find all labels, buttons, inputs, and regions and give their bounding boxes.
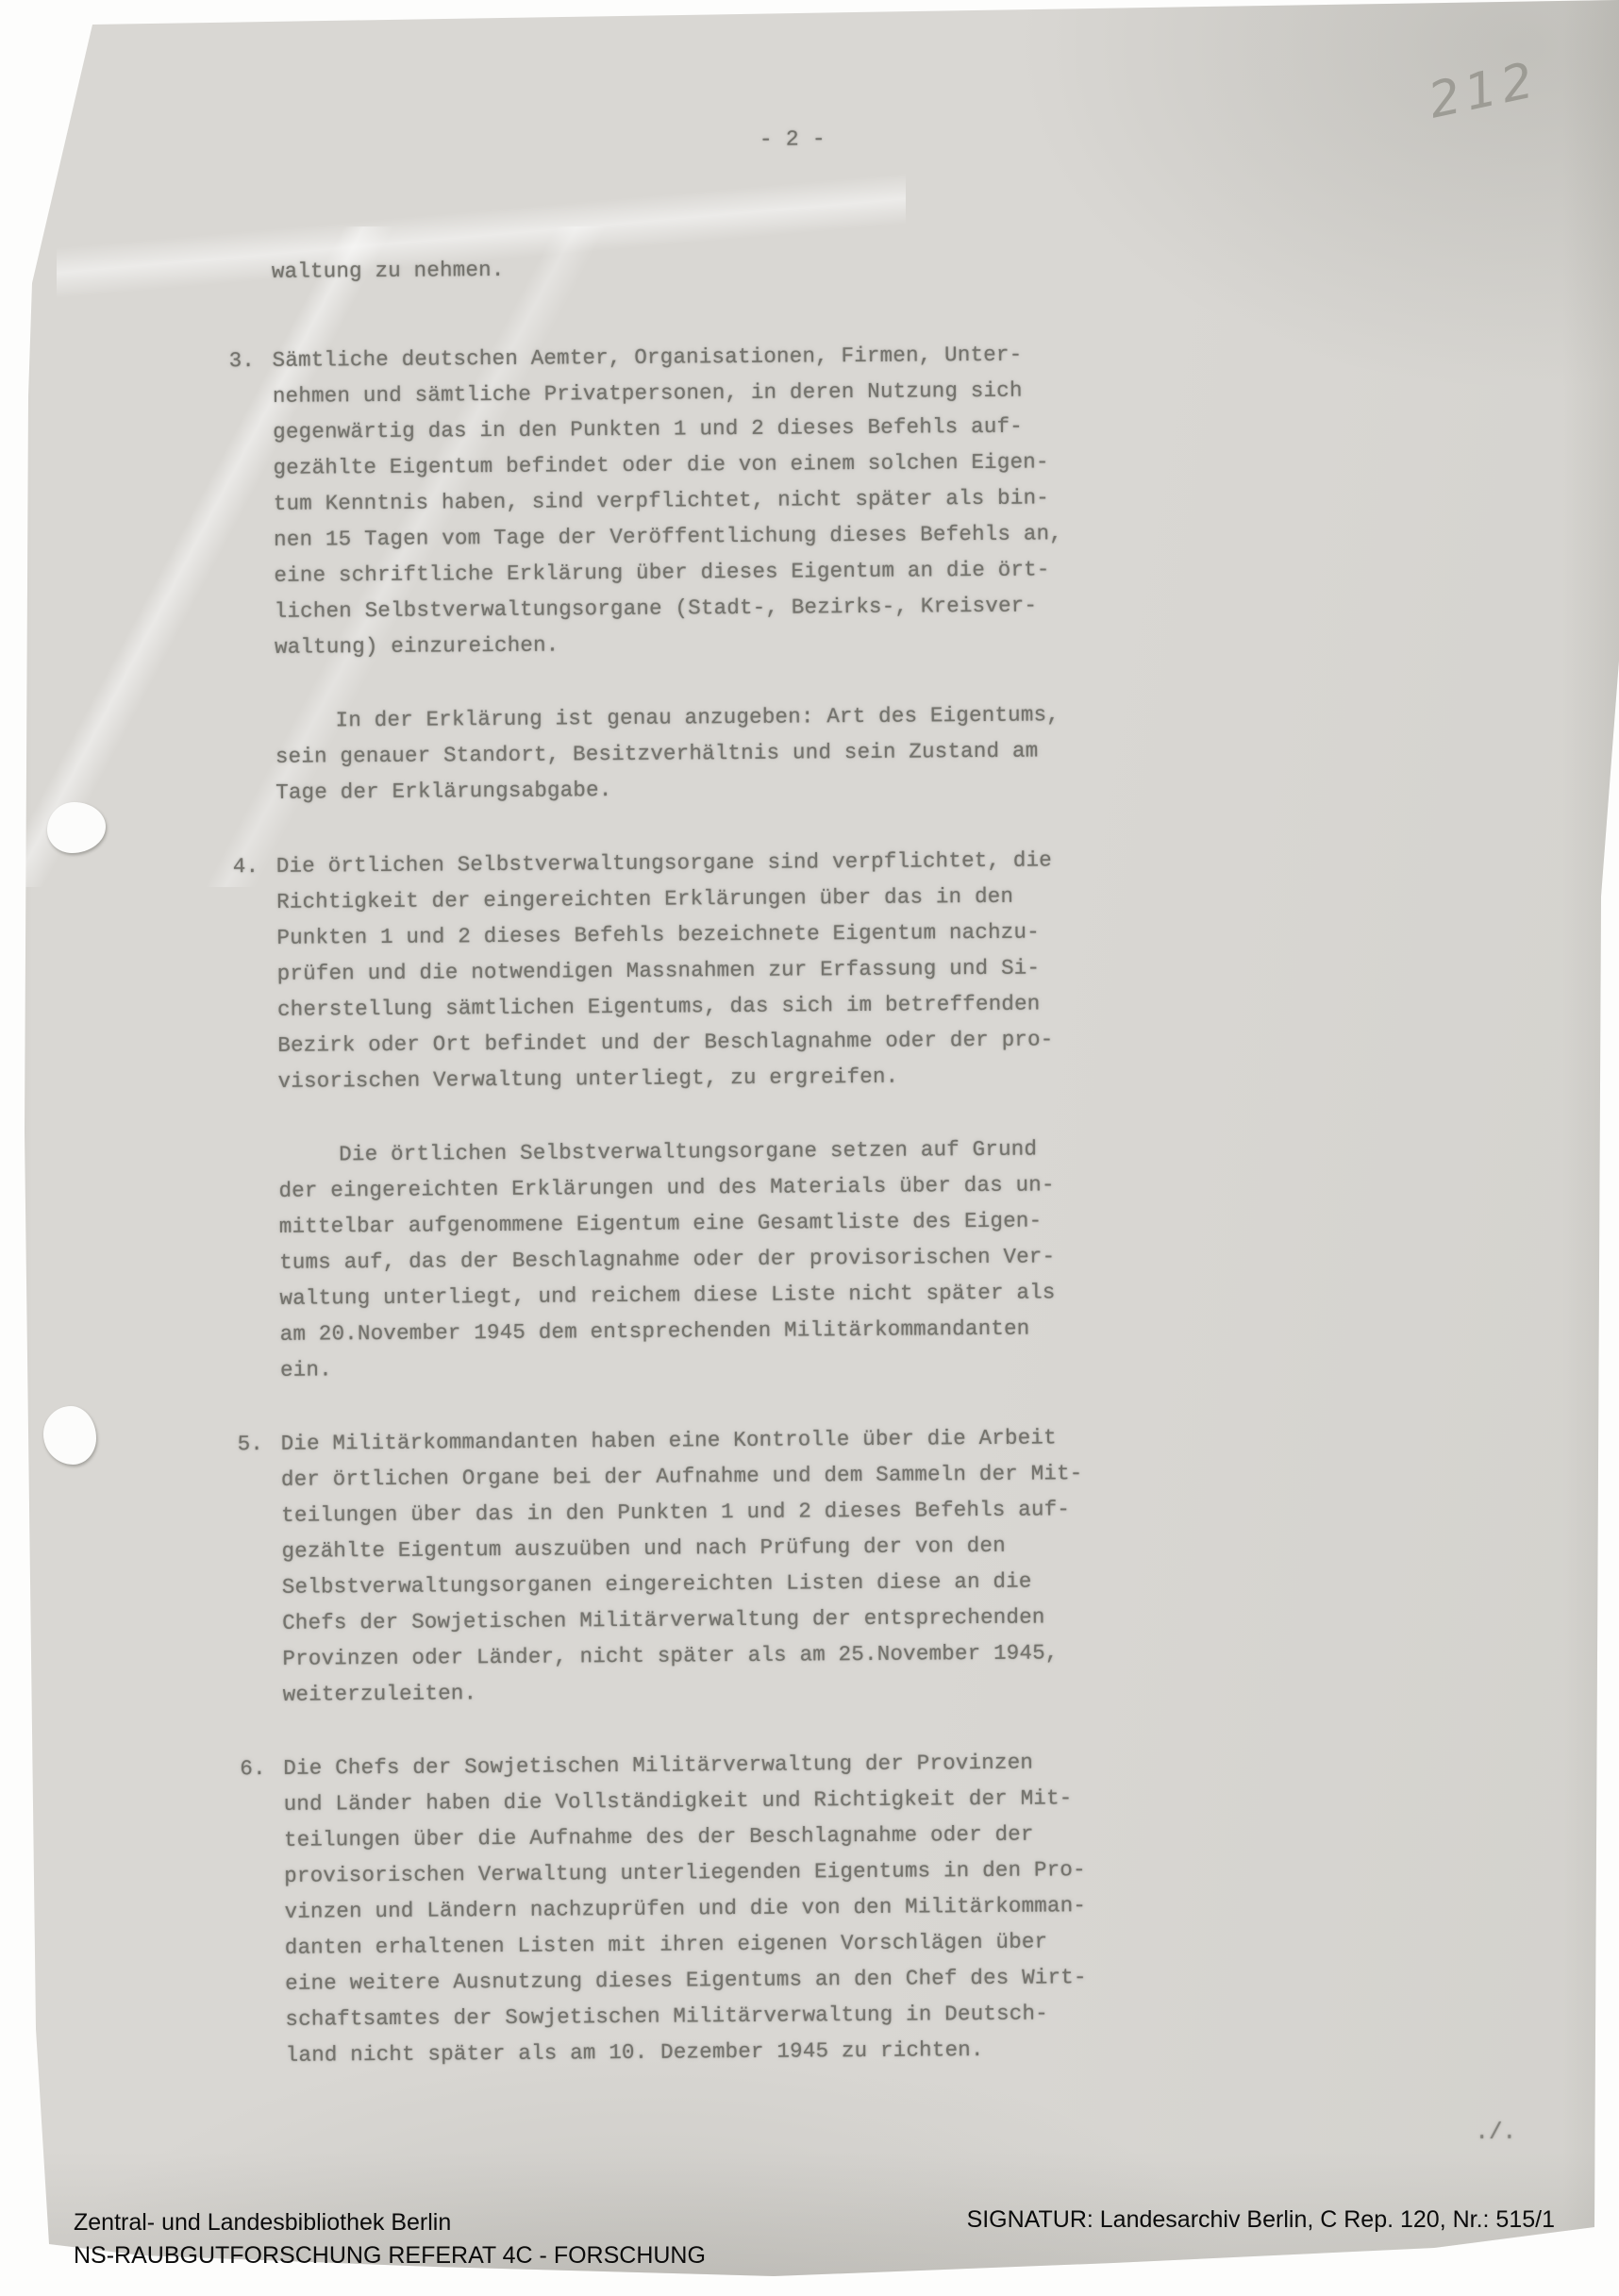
indented-paragraph: In der Erklärung ist genau anzugeben: Ar…	[231, 696, 1100, 811]
paragraph-number: 5.	[238, 1426, 264, 1462]
text-line: Tage der Erklärungsabgabe.	[275, 768, 1100, 811]
paper-sheet: 212 - 2 - waltung zu nehmen. 3.Sämtliche…	[0, 0, 1619, 2296]
numbered-paragraph: 6.Die Chefs der Sowjetischen Militärverw…	[240, 1744, 1110, 2073]
indented-paragraph: Die örtlichen Selbstverwaltungsorgane se…	[235, 1131, 1105, 1388]
carryover-line: waltung zu nehmen.	[228, 247, 1096, 290]
text-line: weiterzuleiten.	[283, 1670, 1108, 1713]
numbered-paragraph: 3.Sämtliche deutschen Aemter, Organisati…	[228, 336, 1099, 665]
text-line: land nicht später als am 10. Dezember 19…	[286, 2031, 1110, 2073]
paragraph-number: 6.	[240, 1751, 266, 1786]
paragraph-number: 4.	[233, 848, 259, 884]
text-line: schaftsamtes der Sowjetischen Militärver…	[285, 1995, 1110, 2037]
text-line: am 20.November 1945 dem entsprechenden M…	[280, 1310, 1105, 1352]
scanned-document-page: { "scan": { "handwritten_page_number": "…	[0, 0, 1619, 2296]
text-line: visorischen Verwaltung unterliegt, zu er…	[277, 1057, 1102, 1099]
continuation-mark: ./.	[1475, 2120, 1516, 2146]
typed-page-number: - 2 -	[759, 126, 826, 152]
text-line: ein.	[280, 1346, 1105, 1388]
typed-paragraphs: 3.Sämtliche deutschen Aemter, Organisati…	[228, 336, 1110, 2073]
text-line: Bezirk oder Ort befindet und der Beschla…	[277, 1021, 1102, 1064]
archive-signature: SIGNATUR: Landesarchiv Berlin, C Rep. 12…	[943, 2206, 1555, 2234]
text-line: Provinzen oder Länder, nicht später als …	[282, 1634, 1107, 1677]
typewritten-text-layer: - 2 - waltung zu nehmen. 3.Sämtliche deu…	[0, 0, 1619, 2296]
numbered-paragraph: 5.Die Militärkommandanten haben eine Kon…	[238, 1419, 1108, 1713]
typed-body: waltung zu nehmen. 3.Sämtliche deutschen…	[228, 247, 1110, 2111]
library-name: Zentral- und Landesbibliothek Berlin	[74, 2206, 706, 2239]
library-department: NS-RAUBGUTFORSCHUNG REFERAT 4C - FORSCHU…	[74, 2239, 706, 2272]
text-line: sein genauer Standort, Besitzverhältnis …	[275, 732, 1100, 775]
text-line: lichen Selbstverwaltungsorgane (Stadt-, …	[275, 587, 1099, 629]
text-line: waltung) einzureichen.	[275, 623, 1099, 665]
numbered-paragraph: 4.Die örtlichen Selbstverwaltungsorgane …	[233, 842, 1103, 1099]
library-stamp: Zentral- und Landesbibliothek Berlin NS-…	[74, 2206, 706, 2272]
paragraph-number: 3.	[228, 343, 255, 378]
